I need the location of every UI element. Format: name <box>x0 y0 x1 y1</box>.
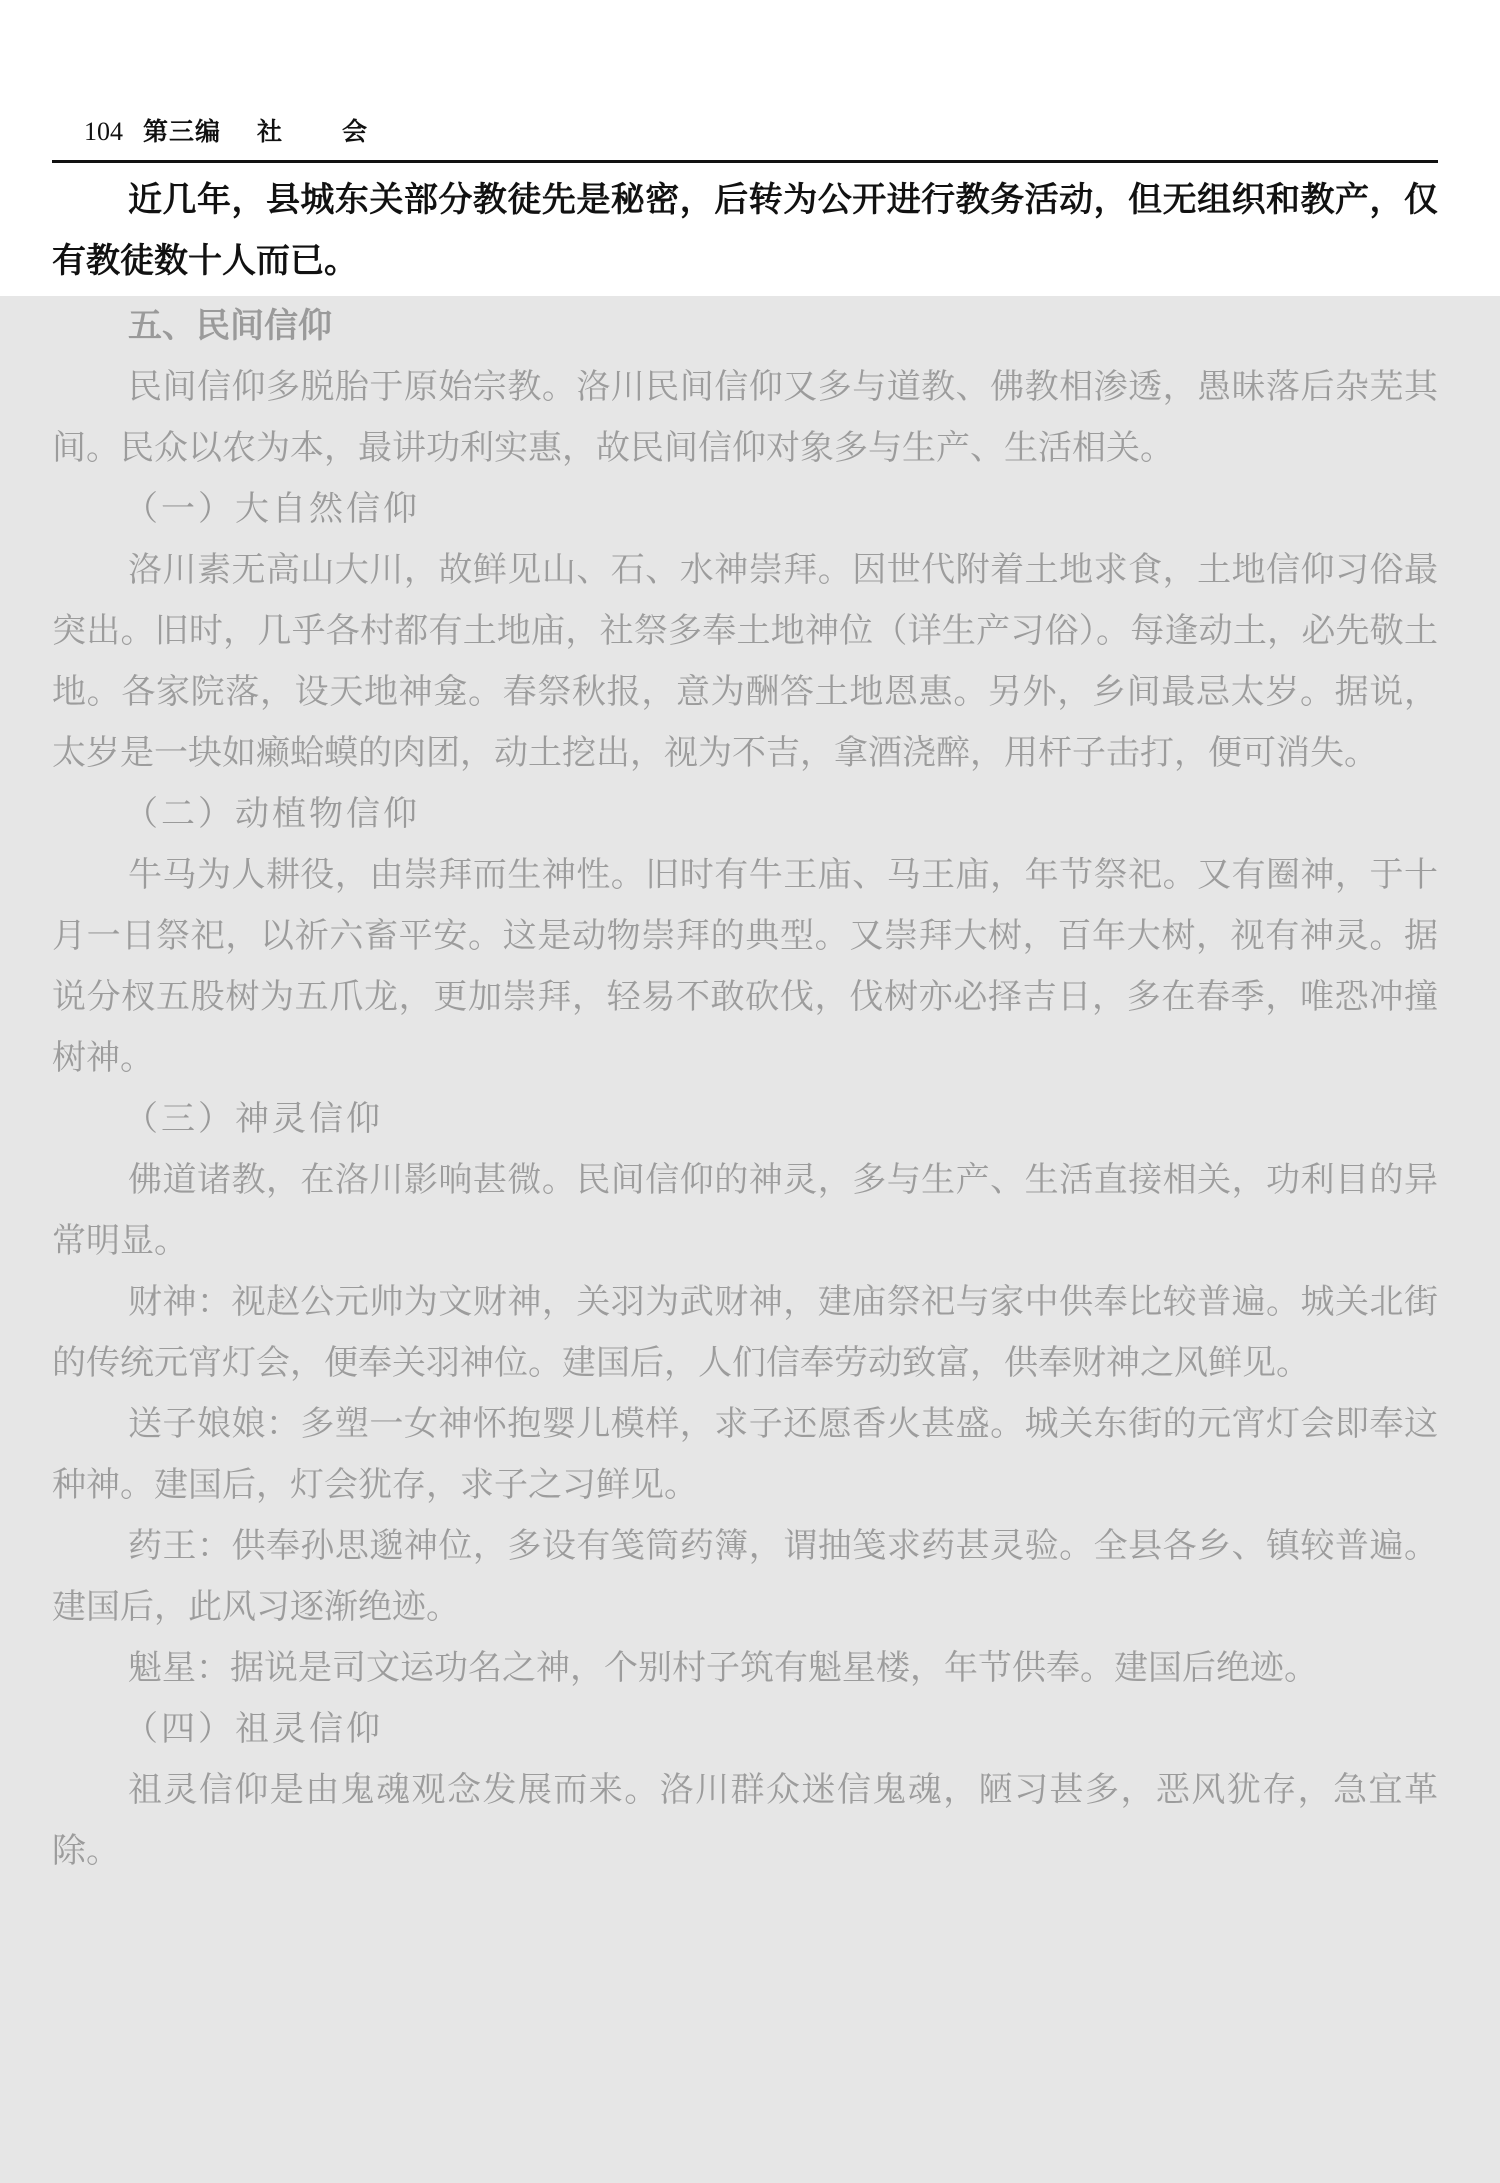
subsection-heading-nature: （一）大自然信仰 <box>52 479 1438 540</box>
part-title: 第三编 <box>143 112 221 148</box>
paragraph-medicine-king: 药王：供奉孙思邈神位，多设有笺筒药簿，谓抽笺求药甚灵验。全县各乡、镇较普遍。建国… <box>52 1516 1438 1638</box>
paragraph: 洛川素无高山大川，故鲜见山、石、水神崇拜。因世代附着土地求食，土地信仰习俗最突出… <box>52 540 1438 784</box>
paragraph-kuixing: 魁星：据说是司文运功名之神，个别村子筑有魁星楼，年节供奉。建国后绝迹。 <box>52 1638 1438 1699</box>
paragraph: 佛道诸教，在洛川影响甚微。民间信仰的神灵，多与生产、生活直接相关，功利目的异常明… <box>52 1150 1438 1272</box>
section-title-char-1: 社 <box>257 112 282 148</box>
paragraph: 祖灵信仰是由鬼魂观念发展而来。洛川群众迷信鬼魂，陋习甚多，恶风犹存，急宜革除。 <box>52 1760 1438 1882</box>
section-title-char-2: 会 <box>342 112 367 148</box>
section-intro: 民间信仰多脱胎于原始宗教。洛川民间信仰又多与道教、佛教相渗透，愚昧落后杂芜其间。… <box>52 357 1438 479</box>
running-header: 104 第三编 社 会 <box>84 112 367 152</box>
page-number: 104 <box>84 117 123 147</box>
top-paragraph-block: 近几年，县城东关部分教徒先是秘密，后转为公开进行教务活动，但无组织和教产，仅有教… <box>52 170 1438 292</box>
section-body: 五、民间信仰 民间信仰多脱胎于原始宗教。洛川民间信仰又多与道教、佛教相渗透，愚昧… <box>52 296 1438 1882</box>
top-paragraph: 近几年，县城东关部分教徒先是秘密，后转为公开进行教务活动，但无组织和教产，仅有教… <box>52 170 1438 292</box>
section-heading: 五、民间信仰 <box>52 296 1438 357</box>
paragraph-wealth-god: 财神：视赵公元帅为文财神，关羽为武财神，建庙祭祀与家中供奉比较普遍。城关北街的传… <box>52 1272 1438 1394</box>
paragraph-child-goddess: 送子娘娘：多塑一女神怀抱婴儿模样，求子还愿香火甚盛。城关东街的元宵灯会即奉这种神… <box>52 1394 1438 1516</box>
subsection-heading-deities: （三）神灵信仰 <box>52 1089 1438 1150</box>
subsection-heading-animals-plants: （二）动植物信仰 <box>52 784 1438 845</box>
subsection-heading-ancestors: （四）祖灵信仰 <box>52 1699 1438 1760</box>
paragraph: 牛马为人耕役，由崇拜而生神性。旧时有牛王庙、马王庙，年节祭祀。又有圈神，于十月一… <box>52 845 1438 1089</box>
header-rule <box>52 160 1438 163</box>
